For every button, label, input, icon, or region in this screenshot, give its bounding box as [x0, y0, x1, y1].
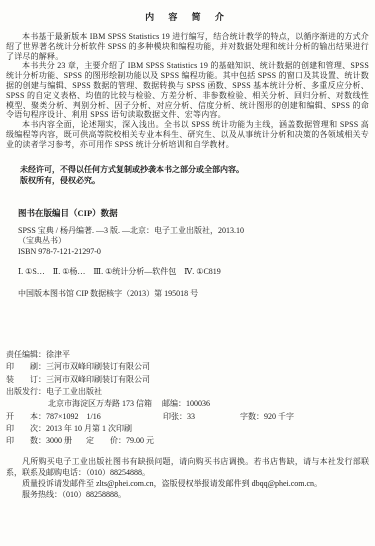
footer-note-exchange: 凡所购买电子工业出版社图书有缺损问题，请向购买书店调换。若书店售缺，请与本社发行…: [6, 456, 369, 478]
cip-heading: 图书在版编目（CIP）数据: [18, 207, 369, 219]
intro-paragraph-1: 本书基于最新版本 IBM SPSS Statistics 19 进行编写，结合统…: [6, 32, 369, 61]
footer-note-hotline: 服务热线：（010）88258888。: [6, 489, 369, 500]
footer-notes: 凡所购买电子工业出版社图书有缺损问题，请向购买书店调换。若书店售缺，请与本社发行…: [6, 456, 369, 500]
print-run-label: 印 数：: [6, 436, 46, 445]
impression-value: 2013 年 10 月第 1 次印刷: [46, 424, 132, 433]
editor-label: 责任编辑：: [6, 350, 46, 359]
intro-title: 内 容 简 介: [6, 10, 369, 23]
publisher-name: 电子工业出版社: [46, 387, 102, 396]
cip-record-number: 中国版本图书馆 CIP 数据核字（2013）第 195018 号: [18, 288, 369, 299]
cip-series: （宝典丛书）: [18, 236, 369, 247]
print-run-value: 3000 册: [46, 436, 72, 445]
cip-isbn: ISBN 978-7-121-21297-0: [18, 247, 369, 258]
copyright-notice-line-2: 版权所有，侵权必究。: [20, 175, 369, 186]
format-label: 开 本：: [6, 412, 46, 421]
cip-section: 图书在版编目（CIP）数据 SPSS 宝典 / 杨丹编著. —3 版. —北京：…: [18, 207, 369, 300]
binder-row: 装 订：三河市双峰印刷装订有限公司: [6, 374, 369, 386]
publisher-row: 出版发行：电子工业出版社: [6, 386, 369, 398]
copyright-notice: 未经许可，不得以任何方式复制或抄袭本书之部分或全部内容。 版权所有，侵权必究。: [20, 164, 369, 186]
impression-row: 印 次：2013 年 10 月第 1 次印刷: [6, 423, 369, 435]
price: 定 价：79.00 元: [86, 435, 154, 447]
footer-note-complaint: 质量投诉请发邮件至 zlts@phei.com.cn，盗版侵权举报请发邮件到 d…: [6, 478, 369, 489]
postcode: 邮编：100036: [162, 398, 210, 410]
colophon-section: 责任编辑：徐津平 印 刷：三河市双峰印刷装订有限公司 装 订：三河市双峰印刷装订…: [6, 349, 369, 447]
printer-label: 印 刷：: [6, 362, 46, 371]
format-value: 787×1092 1/16: [46, 412, 101, 421]
printer-name: 三河市双峰印刷装订有限公司: [46, 362, 150, 371]
intro-paragraph-2: 本书共分 23 章，主要介绍了 IBM SPSS Statistics 19 的…: [6, 61, 369, 120]
binder-name: 三河市双峰印刷装订有限公司: [46, 375, 150, 384]
editor-row: 责任编辑：徐津平: [6, 349, 369, 361]
format-row: 开 本：787×1092 1/16 印张：33 字数：920 千字: [6, 411, 369, 423]
address-row: 北京市海淀区万寿路 173 信箱 邮编：100036: [6, 398, 369, 410]
intro-paragraph-3: 本书内容全面，论述翔实，深入浅出。全书以 SPSS 统计功能为主线，涵盖数据管理…: [6, 120, 369, 149]
copyright-notice-line-1: 未经许可，不得以任何方式复制或抄袭本书之部分或全部内容。: [20, 164, 369, 175]
printed-sheets: 印张：33: [163, 411, 195, 423]
binder-label: 装 订：: [6, 375, 46, 384]
copyright-page: 内 容 简 介 本书基于最新版本 IBM SPSS Statistics 19 …: [0, 0, 375, 546]
impression-label: 印 次：: [6, 424, 46, 433]
cip-classification: Ⅰ. ①S… Ⅱ. ①杨… Ⅲ. ①统计分析—软件包 Ⅳ. ①C819: [18, 266, 369, 277]
publisher-label: 出版发行：: [6, 387, 46, 396]
cip-entry-line: SPSS 宝典 / 杨丹编著. —3 版. —北京：电子工业出版社，2013.1…: [18, 226, 369, 237]
print-run-row: 印 数：3000 册 定 价：79.00 元: [6, 435, 369, 447]
word-count: 字数：920 千字: [240, 411, 294, 423]
printer-row: 印 刷：三河市双峰印刷装订有限公司: [6, 361, 369, 373]
publisher-address: 北京市海淀区万寿路 173 信箱: [48, 399, 152, 408]
editor-name: 徐津平: [46, 350, 70, 359]
